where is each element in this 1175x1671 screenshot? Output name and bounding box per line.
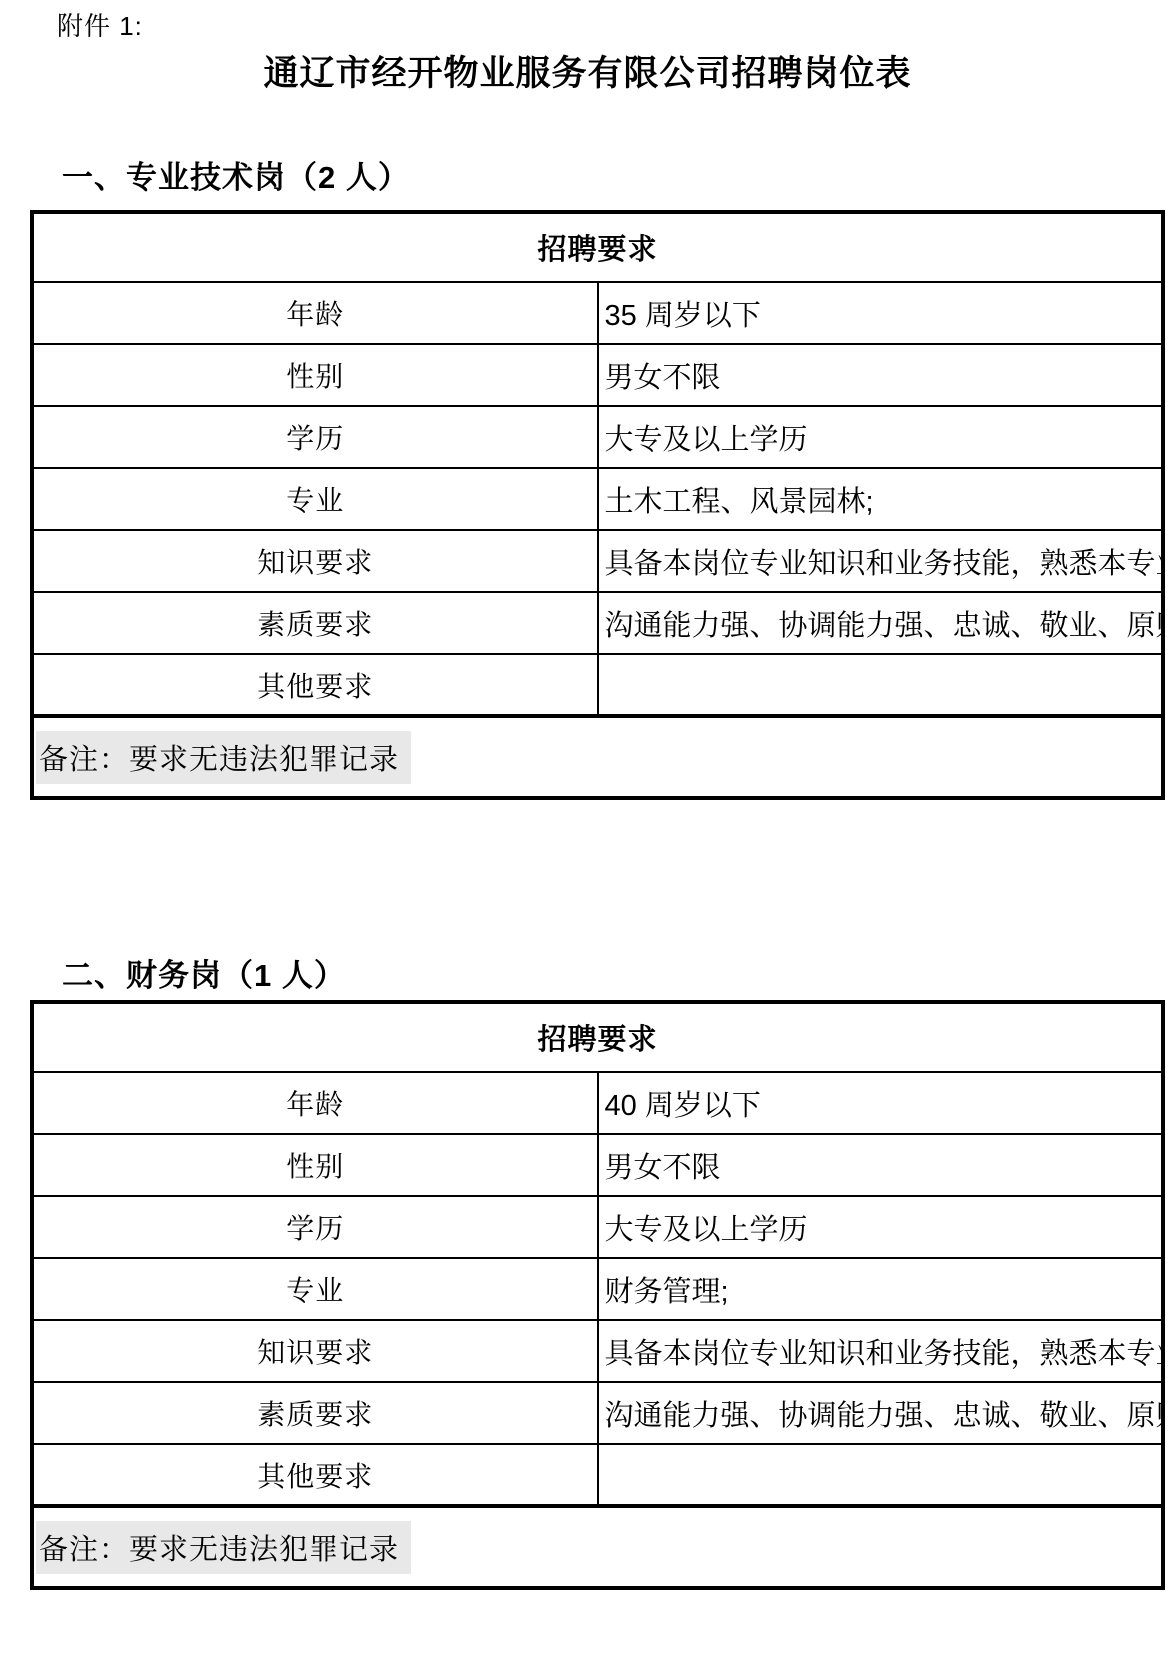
note-cell: 备注：要求无违法犯罪记录 bbox=[32, 716, 1163, 798]
row-value-education: 大专及以上学历 bbox=[598, 1196, 1164, 1258]
table-row-education: 学历 大专及以上学历 bbox=[32, 406, 1163, 468]
table-header-row: 招聘要求 bbox=[32, 1002, 1163, 1072]
row-value-gender: 男女不限 bbox=[598, 1134, 1164, 1196]
table-row-major: 专业 财务管理; bbox=[32, 1258, 1163, 1320]
section-1-heading: 一、专业技术岗（2 人） bbox=[62, 152, 410, 197]
row-label-age: 年龄 bbox=[32, 282, 598, 344]
table-row-other: 其他要求 bbox=[32, 1444, 1163, 1506]
row-value-other bbox=[598, 654, 1164, 716]
table-2-header: 招聘要求 bbox=[32, 1002, 1163, 1072]
table-header-row: 招聘要求 bbox=[32, 212, 1163, 282]
attachment-label: 附件 1: bbox=[57, 6, 143, 43]
table-1-note: 备注：要求无违法犯罪记录 bbox=[36, 731, 411, 784]
row-label-other: 其他要求 bbox=[32, 1444, 598, 1506]
table-row-education: 学历 大专及以上学历 bbox=[32, 1196, 1163, 1258]
row-label-quality: 素质要求 bbox=[32, 1382, 598, 1444]
row-label-gender: 性别 bbox=[32, 344, 598, 406]
table-row-other: 其他要求 bbox=[32, 654, 1163, 716]
table-row-major: 专业 土木工程、风景园林; bbox=[32, 468, 1163, 530]
table-row-gender: 性别 男女不限 bbox=[32, 344, 1163, 406]
table-row-age: 年龄 35 周岁以下 bbox=[32, 282, 1163, 344]
table-2-note: 备注：要求无违法犯罪记录 bbox=[36, 1521, 411, 1574]
row-value-knowledge: 具备本岗位专业知识和业务技能，熟悉本专业相关法规和技术标准 bbox=[598, 1320, 1164, 1382]
row-label-education: 学历 bbox=[32, 1196, 598, 1258]
row-label-quality: 素质要求 bbox=[32, 592, 598, 654]
row-value-knowledge: 具备本岗位专业知识和业务技能，熟悉本专业相关法规和技术标准 bbox=[598, 530, 1164, 592]
table-row-quality: 素质要求 沟通能力强、协调能力强、忠诚、敬业、原则性强、遵守纪律 bbox=[32, 1382, 1163, 1444]
row-value-age: 40 周岁以下 bbox=[598, 1072, 1164, 1134]
recruitment-table-finance: 招聘要求 年龄 40 周岁以下 性别 男女不限 学历 大专及以上学历 专业 财务… bbox=[30, 1000, 1165, 1590]
table-row-knowledge: 知识要求 具备本岗位专业知识和业务技能，熟悉本专业相关法规和技术标准 bbox=[32, 530, 1163, 592]
row-label-other: 其他要求 bbox=[32, 654, 598, 716]
row-value-quality: 沟通能力强、协调能力强、忠诚、敬业、原则性强、遵守纪律 bbox=[598, 1382, 1164, 1444]
table-note-row: 备注：要求无违法犯罪记录 bbox=[32, 716, 1163, 798]
row-label-gender: 性别 bbox=[32, 1134, 598, 1196]
row-value-quality: 沟通能力强、协调能力强、忠诚、敬业、原则性强、遵守纪律 bbox=[598, 592, 1164, 654]
row-label-major: 专业 bbox=[32, 468, 598, 530]
section-2-heading: 二、财务岗（1 人） bbox=[62, 950, 346, 995]
recruitment-table-professional-technical: 招聘要求 年龄 35 周岁以下 性别 男女不限 学历 大专及以上学历 专业 土木… bbox=[30, 210, 1165, 800]
row-value-major: 土木工程、风景园林; bbox=[598, 468, 1164, 530]
table-row-quality: 素质要求 沟通能力强、协调能力强、忠诚、敬业、原则性强、遵守纪律 bbox=[32, 592, 1163, 654]
table-1-header: 招聘要求 bbox=[32, 212, 1163, 282]
row-value-other bbox=[598, 1444, 1164, 1506]
table-row-gender: 性别 男女不限 bbox=[32, 1134, 1163, 1196]
table-note-row: 备注：要求无违法犯罪记录 bbox=[32, 1506, 1163, 1588]
row-label-knowledge: 知识要求 bbox=[32, 530, 598, 592]
row-value-major: 财务管理; bbox=[598, 1258, 1164, 1320]
note-cell: 备注：要求无违法犯罪记录 bbox=[32, 1506, 1163, 1588]
row-label-education: 学历 bbox=[32, 406, 598, 468]
table-row-knowledge: 知识要求 具备本岗位专业知识和业务技能，熟悉本专业相关法规和技术标准 bbox=[32, 1320, 1163, 1382]
row-label-age: 年龄 bbox=[32, 1072, 598, 1134]
row-label-knowledge: 知识要求 bbox=[32, 1320, 598, 1382]
table-row-age: 年龄 40 周岁以下 bbox=[32, 1072, 1163, 1134]
document-title: 通辽市经开物业服务有限公司招聘岗位表 bbox=[0, 46, 1175, 96]
row-value-education: 大专及以上学历 bbox=[598, 406, 1164, 468]
row-value-age: 35 周岁以下 bbox=[598, 282, 1164, 344]
row-value-gender: 男女不限 bbox=[598, 344, 1164, 406]
row-label-major: 专业 bbox=[32, 1258, 598, 1320]
